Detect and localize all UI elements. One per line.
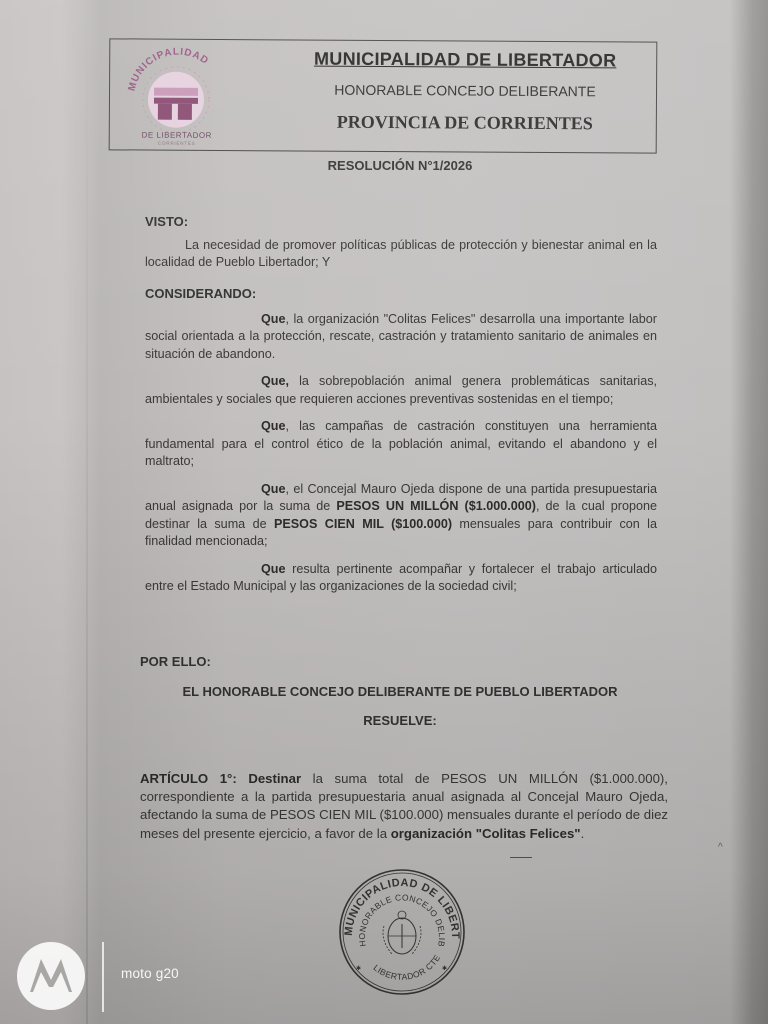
considerando-paragraph-2: Que, la sobrepoblación animal genera pro… [145,373,657,408]
paragraph-text: , las campañas de castración constituyen… [145,419,657,468]
logo-sub-text: CORRIENTES [158,141,196,146]
watermark-text: moto g20 [121,966,179,981]
logo-bottom-text: DE LIBERTADOR [142,131,212,140]
considerando-paragraph-5: Que resulta pertinente acompañar y forta… [145,561,657,596]
por-ello-label: POR ELLO: [140,653,652,671]
resuelve-text: RESUELVE: [363,713,436,728]
que-lead: Que [261,562,286,576]
que-lead: Que [261,419,286,433]
que-lead: Que [261,482,286,496]
considerando-label: CONSIDERANDO: [145,285,657,303]
pen-mark [510,857,532,858]
council-heading-text: EL HONORABLE CONCEJO DELIBERANTE DE PUEB… [182,684,617,699]
considerando-paragraph-1: Que, la organización "Colitas Felices" d… [145,311,657,364]
municipal-logo-icon: MUNICIPALIDAD DE LIBERTADOR CORRIENTES [118,43,237,150]
visto-section: VISTO: La necesidad de promover política… [145,213,657,272]
article-1-org: organización "Colitas Felices" [391,826,581,841]
council-subtitle: HONORABLE CONCEJO DELIBERANTE [285,81,645,99]
article-1-verb: Destinar [248,771,301,786]
paragraph-text: , la organización "Colitas Felices" desa… [145,312,657,361]
por-ello-section: POR ELLO: [140,653,652,671]
article-1: ARTÍCULO 1°: Destinar la suma total de P… [140,770,668,843]
page-edge [86,0,88,1024]
paragraph-text: la sobrepoblación animal genera problemá… [145,374,657,406]
amount-monthly: PESOS CIEN MIL ($100.000) [274,517,452,531]
considerando-paragraph-4: Que, el Concejal Mauro Ojeda dispone de … [145,481,657,551]
considerando-section: CONSIDERANDO: Que, la organización "Coli… [145,285,657,596]
resolution-title: RESOLUCIÓN N°1/2026 [130,158,670,173]
watermark-divider [102,942,104,1012]
amount-annual: PESOS UN MILLÓN ($1.000.000) [336,499,536,513]
province-title: PROVINCIA DE CORRIENTES [285,111,645,134]
official-seal-icon: MUNICIPALIDAD DE LIBERTADOR HONORABLE CO… [336,866,468,998]
visto-label: VISTO: [145,213,657,231]
svg-text:✱: ✱ [442,965,447,972]
paragraph-text: resulta pertinente acompañar y fortalece… [145,562,657,594]
motorola-logo-icon [17,942,85,1010]
margin-mark: ^ [718,842,723,853]
council-heading: EL HONORABLE CONCEJO DELIBERANTE DE PUEB… [140,683,660,702]
municipality-title: MUNICIPALIDAD DE LIBERTADOR [285,48,645,71]
article-1-label: ARTÍCULO 1°: [140,771,237,786]
letterhead: MUNICIPALIDAD DE LIBERTADOR CORRIENTES M… [109,38,658,153]
que-lead: Que, [261,374,289,388]
que-lead: Que [261,312,286,326]
considerando-paragraph-3: Que, las campañas de castración constitu… [145,418,657,471]
svg-text:✱: ✱ [356,965,361,972]
resuelve-heading: RESUELVE: [140,712,660,731]
article-1-end: . [581,826,585,841]
visto-paragraph: La necesidad de promover políticas públi… [145,237,657,272]
